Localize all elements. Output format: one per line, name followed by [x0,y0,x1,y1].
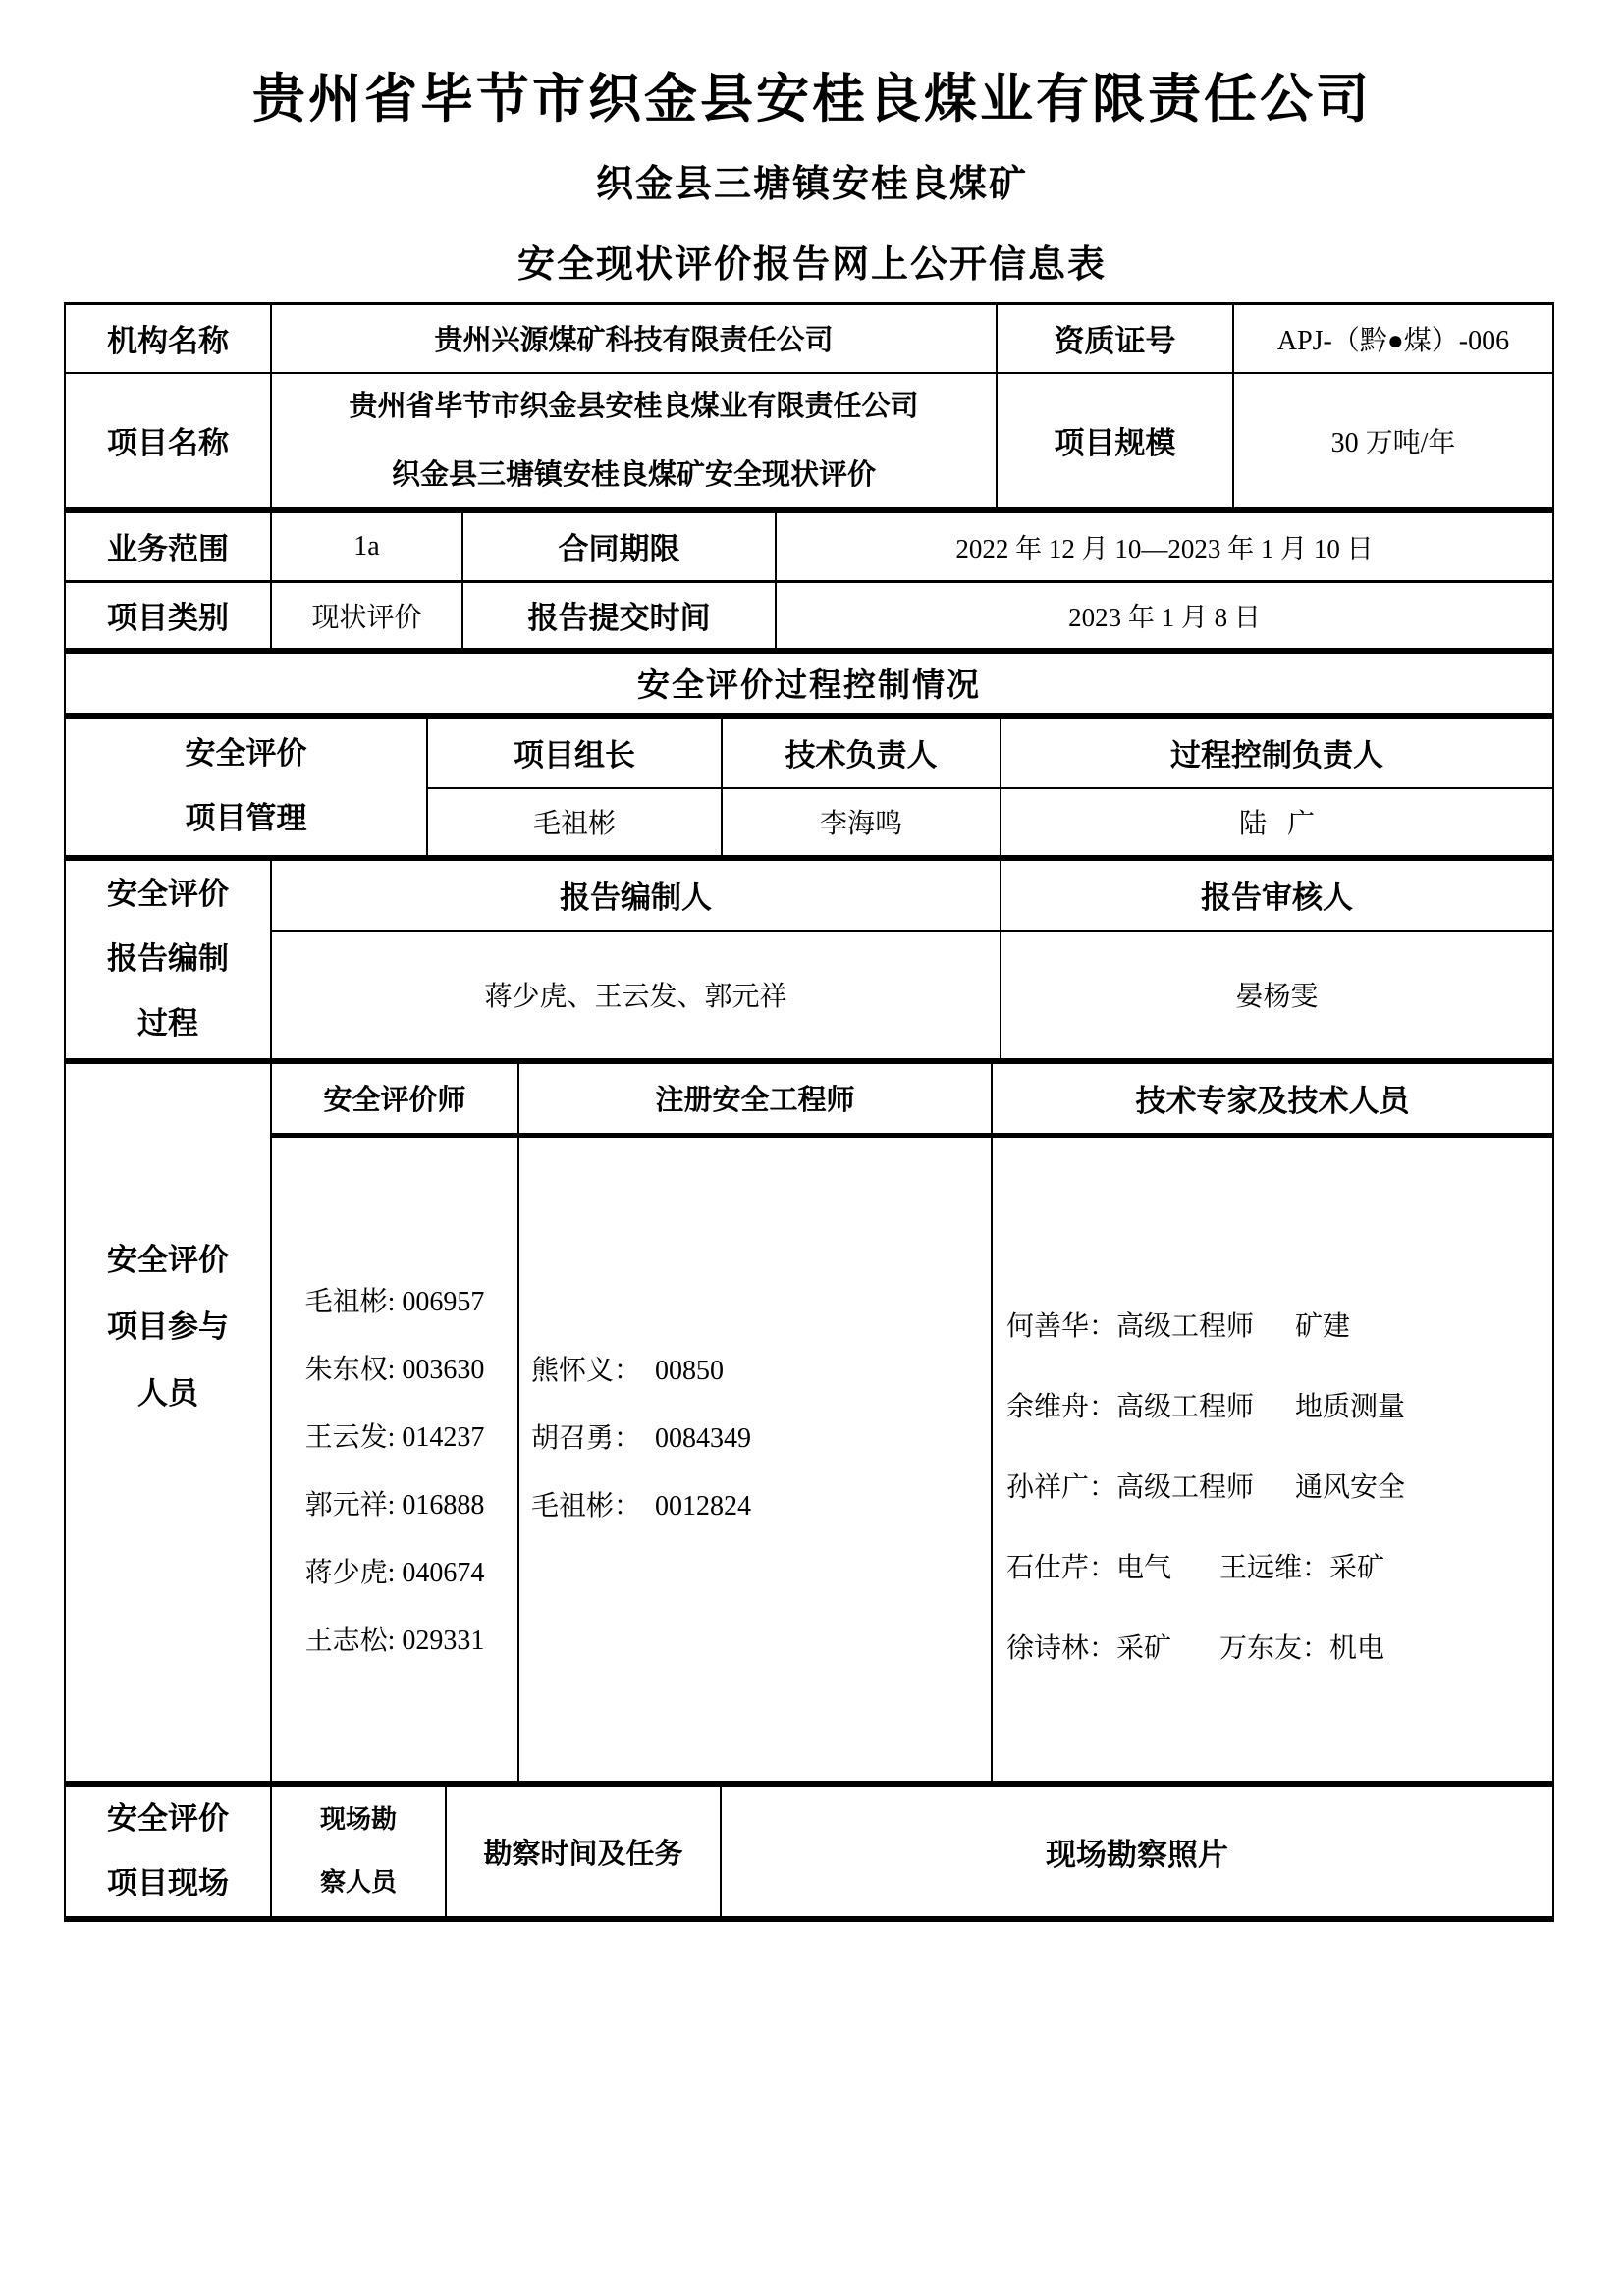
assessor-label: 安全评价师 [272,1064,519,1133]
info-table: 机构名称 贵州兴源煤矿科技有限责任公司 资质证号 APJ-（黔●煤）-006 项… [64,302,1554,1922]
surveyor-label-line1: 现场勘 [320,1789,397,1851]
project-scale-value: 30 万吨/年 [1234,374,1552,507]
site-label-line2: 项目现场 [107,1851,229,1916]
site-label: 安全评价 项目现场 [66,1787,272,1916]
cert-no-value: APJ-（黔●煤）-006 [1234,305,1552,372]
compilation-label-line3: 过程 [137,991,198,1056]
participants-label-line3: 人员 [137,1361,198,1427]
cert-no-label: 资质证号 [998,305,1234,372]
contract-period-label: 合同期限 [463,513,777,580]
management-label: 安全评价 项目管理 [66,719,428,855]
site-label-line1: 安全评价 [107,1787,229,1851]
compilation-label-line2: 报告编制 [107,927,229,991]
participants-section: 安全评价 项目参与 人员 安全评价师 注册安全工程师 技术专家及技术人员 毛祖彬… [66,1064,1552,1787]
assessor-item: 王志松: 029331 [272,1607,517,1675]
engineer-list: 熊怀义： 00850 胡召勇： 0084349 毛祖彬： 0012824 [519,1138,993,1781]
management-label-line2: 项目管理 [186,786,307,851]
leader-label: 项目组长 [428,719,723,787]
participants-grid: 安全评价师 注册安全工程师 技术专家及技术人员 毛祖彬: 006957 朱东权:… [272,1064,1552,1781]
business-scope-label: 业务范围 [66,513,272,580]
engineer-item: 胡召勇： 0084349 [531,1405,991,1472]
expert-item: 余维舟：高级工程师 地质测量 [1006,1367,1552,1448]
management-header-row: 项目组长 技术负责人 过程控制负责人 [428,719,1552,789]
compilation-label-line1: 安全评价 [107,862,229,927]
leader-value: 毛祖彬 [428,789,723,855]
engineer-label: 注册安全工程师 [519,1064,993,1133]
company-title: 贵州省毕节市织金县安桂良煤业有限责任公司 [0,57,1624,133]
participants-label-line1: 安全评价 [107,1227,229,1294]
report-writer-value: 蒋少虎、王云发、郭元祥 [272,932,1001,1058]
engineer-item: 毛祖彬： 0012824 [531,1472,991,1540]
business-scope-value: 1a [272,513,463,580]
surveyor-label-line2: 察人员 [320,1851,397,1914]
mine-title: 织金县三塘镇安桂良煤矿 [0,153,1624,207]
participants-body-row: 毛祖彬: 006957 朱东权: 003630 王云发: 014237 郭元祥:… [272,1138,1552,1781]
project-category-label: 项目类别 [66,583,272,648]
compilation-value-row: 蒋少虎、王云发、郭元祥 晏杨雯 [272,932,1552,1058]
project-name-label: 项目名称 [66,374,272,507]
contract-period-value: 2022 年 12 月 10—2023 年 1 月 10 日 [777,513,1552,580]
report-title: 安全现状评价报告网上公开信息表 [0,234,1624,288]
survey-time-label: 勘察时间及任务 [447,1787,722,1916]
expert-label: 技术专家及技术人员 [993,1064,1552,1133]
scope-row: 业务范围 1a 合同期限 2022 年 12 月 10—2023 年 1 月 1… [66,513,1552,583]
compilation-label: 安全评价 报告编制 过程 [66,861,272,1058]
expert-item: 何善华：高级工程师 矿建 [1006,1287,1552,1367]
management-grid: 项目组长 技术负责人 过程控制负责人 毛祖彬 李海鸣 陆 广 [428,719,1552,855]
survey-photo-label: 现场勘察照片 [722,1787,1552,1916]
expert-list: 何善华：高级工程师 矿建 余维舟：高级工程师 地质测量 孙祥广：高级工程师 通风… [993,1138,1552,1781]
report-reviewer-value: 晏杨雯 [1001,932,1552,1058]
project-category-value: 现状评价 [272,583,463,648]
compilation-grid: 报告编制人 报告审核人 蒋少虎、王云发、郭元祥 晏杨雯 [272,861,1552,1058]
assessor-item: 蒋少虎: 040674 [272,1539,517,1607]
report-submit-value: 2023 年 1 月 8 日 [777,583,1552,648]
document-page: 贵州省毕节市织金县安桂良煤业有限责任公司 织金县三塘镇安桂良煤矿 安全现状评价报… [0,0,1624,2296]
project-name-line1: 贵州省毕节市织金县安桂良煤业有限责任公司 [349,374,918,441]
process-control-label: 过程控制负责人 [1001,719,1552,787]
participants-header-row: 安全评价师 注册安全工程师 技术专家及技术人员 [272,1064,1552,1138]
process-control-header-row: 安全评价过程控制情况 [66,654,1552,719]
category-row: 项目类别 现状评价 报告提交时间 2023 年 1 月 8 日 [66,583,1552,654]
process-control-value: 陆 广 [1001,789,1552,855]
management-label-line1: 安全评价 [186,721,307,786]
expert-item: 石仕芹：电气 王远维：采矿 [1006,1528,1552,1609]
project-scale-label: 项目规模 [998,374,1234,507]
org-name-label: 机构名称 [66,305,272,372]
org-row: 机构名称 贵州兴源煤矿科技有限责任公司 资质证号 APJ-（黔●煤）-006 [66,305,1552,374]
expert-item: 孙祥广：高级工程师 通风安全 [1006,1448,1552,1528]
compilation-header-row: 报告编制人 报告审核人 [272,861,1552,932]
surveyor-label: 现场勘 察人员 [272,1787,447,1916]
project-name-value: 贵州省毕节市织金县安桂良煤业有限责任公司 织金县三塘镇安桂良煤矿安全现状评价 [272,374,998,507]
management-value-row: 毛祖彬 李海鸣 陆 广 [428,789,1552,855]
participants-label-line2: 项目参与 [107,1294,229,1361]
report-writer-label: 报告编制人 [272,861,1001,930]
report-submit-label: 报告提交时间 [463,583,777,648]
compilation-section: 安全评价 报告编制 过程 报告编制人 报告审核人 蒋少虎、王云发、郭元祥 晏杨雯 [66,861,1552,1064]
report-reviewer-label: 报告审核人 [1001,861,1552,930]
project-row: 项目名称 贵州省毕节市织金县安桂良煤业有限责任公司 织金县三塘镇安桂良煤矿安全现… [66,374,1552,513]
site-section: 安全评价 项目现场 现场勘 察人员 勘察时间及任务 现场勘察照片 [66,1787,1552,1916]
participants-label: 安全评价 项目参与 人员 [66,1064,272,1781]
tech-lead-value: 李海鸣 [723,789,1001,855]
management-section: 安全评价 项目管理 项目组长 技术负责人 过程控制负责人 毛祖彬 李海鸣 陆 广 [66,719,1552,861]
process-control-header: 安全评价过程控制情况 [66,654,1552,713]
assessor-item: 郭元祥: 016888 [272,1471,517,1539]
assessor-item: 毛祖彬: 006957 [272,1268,517,1336]
assessor-item: 朱东权: 003630 [272,1336,517,1404]
assessor-list: 毛祖彬: 006957 朱东权: 003630 王云发: 014237 郭元祥:… [272,1138,519,1781]
engineer-item: 熊怀义： 00850 [531,1337,991,1405]
assessor-item: 王云发: 014237 [272,1404,517,1471]
expert-item: 徐诗林：采矿 万东友：机电 [1006,1609,1552,1689]
org-name-value: 贵州兴源煤矿科技有限责任公司 [272,305,998,372]
project-name-line2: 织金县三塘镇安桂良煤矿安全现状评价 [392,441,876,507]
tech-lead-label: 技术负责人 [723,719,1001,787]
